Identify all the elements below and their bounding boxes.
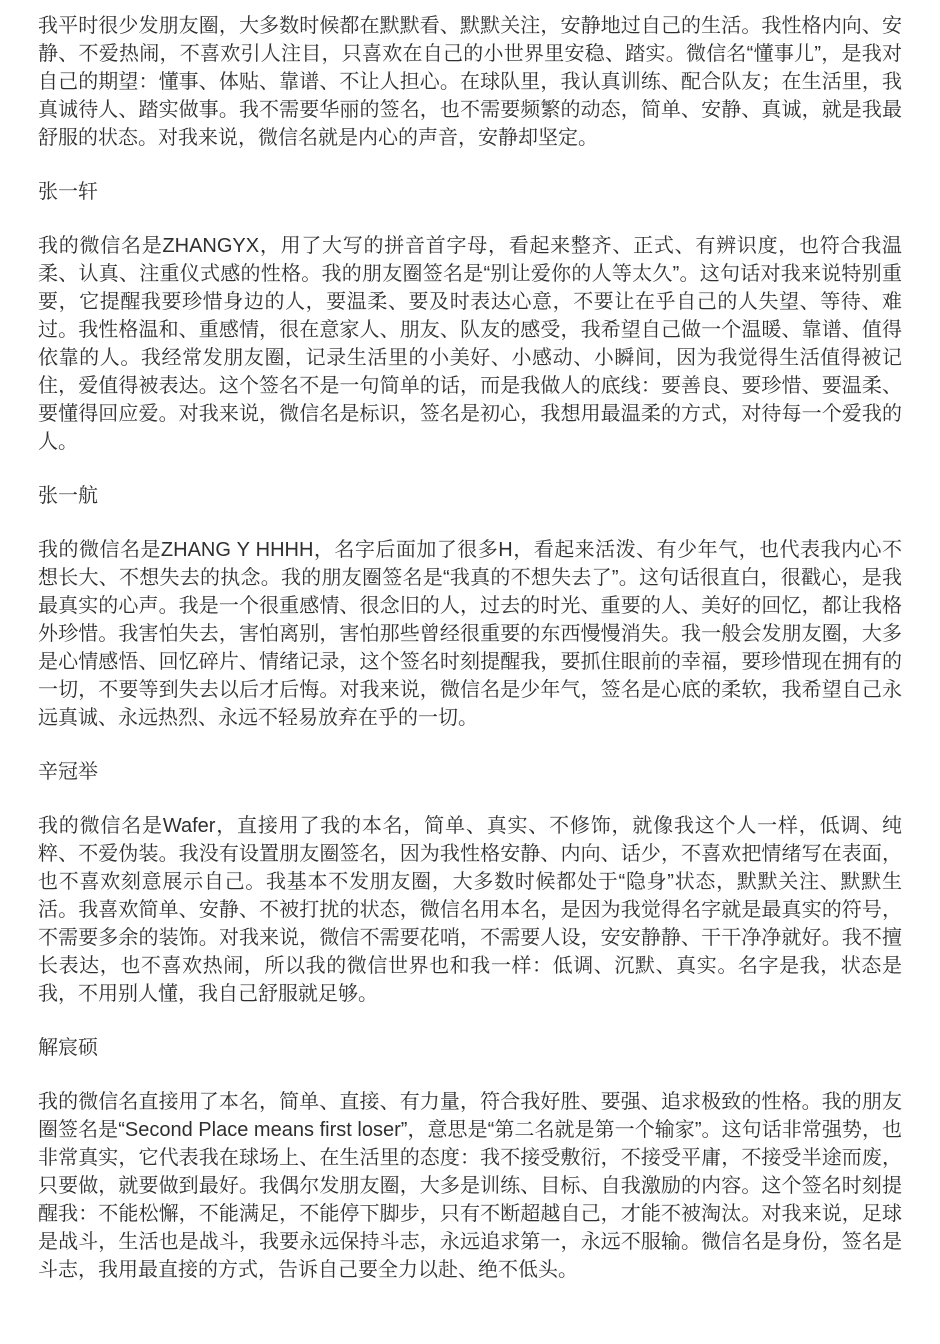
- entry-paragraph-zhangyihang: 我的微信名是ZHANG Y HHHH，名字后面加了很多H，看起来活泼、有少年气，…: [38, 536, 902, 732]
- entry-paragraph-xinguanju: 我的微信名是Wafer，直接用了我的本名，简单、真实、不修饰，就像我这个人一样，…: [38, 812, 902, 1008]
- intro-paragraph: 我平时很少发朋友圈，大多数时候都在默默看、默默关注，安静地过自己的生活。我性格内…: [38, 12, 902, 152]
- entry-name-zhangyihang: 张一航: [38, 482, 902, 510]
- entry-paragraph-zhangyixuan: 我的微信名是ZHANGYX，用了大写的拼音首字母，看起来整齐、正式、有辨识度，也…: [38, 232, 902, 456]
- entry-name-xinguanju: 辛冠举: [38, 758, 902, 786]
- entry-paragraph-xiechenshuo: 我的微信名直接用了本名，简单、直接、有力量，符合我好胜、要强、追求极致的性格。我…: [38, 1088, 902, 1284]
- document-page: 我平时很少发朋友圈，大多数时候都在默默看、默默关注，安静地过自己的生活。我性格内…: [0, 0, 940, 1324]
- entry-name-zhangyixuan: 张一轩: [38, 178, 902, 206]
- entry-name-xiechenshuo: 解宸硕: [38, 1034, 902, 1062]
